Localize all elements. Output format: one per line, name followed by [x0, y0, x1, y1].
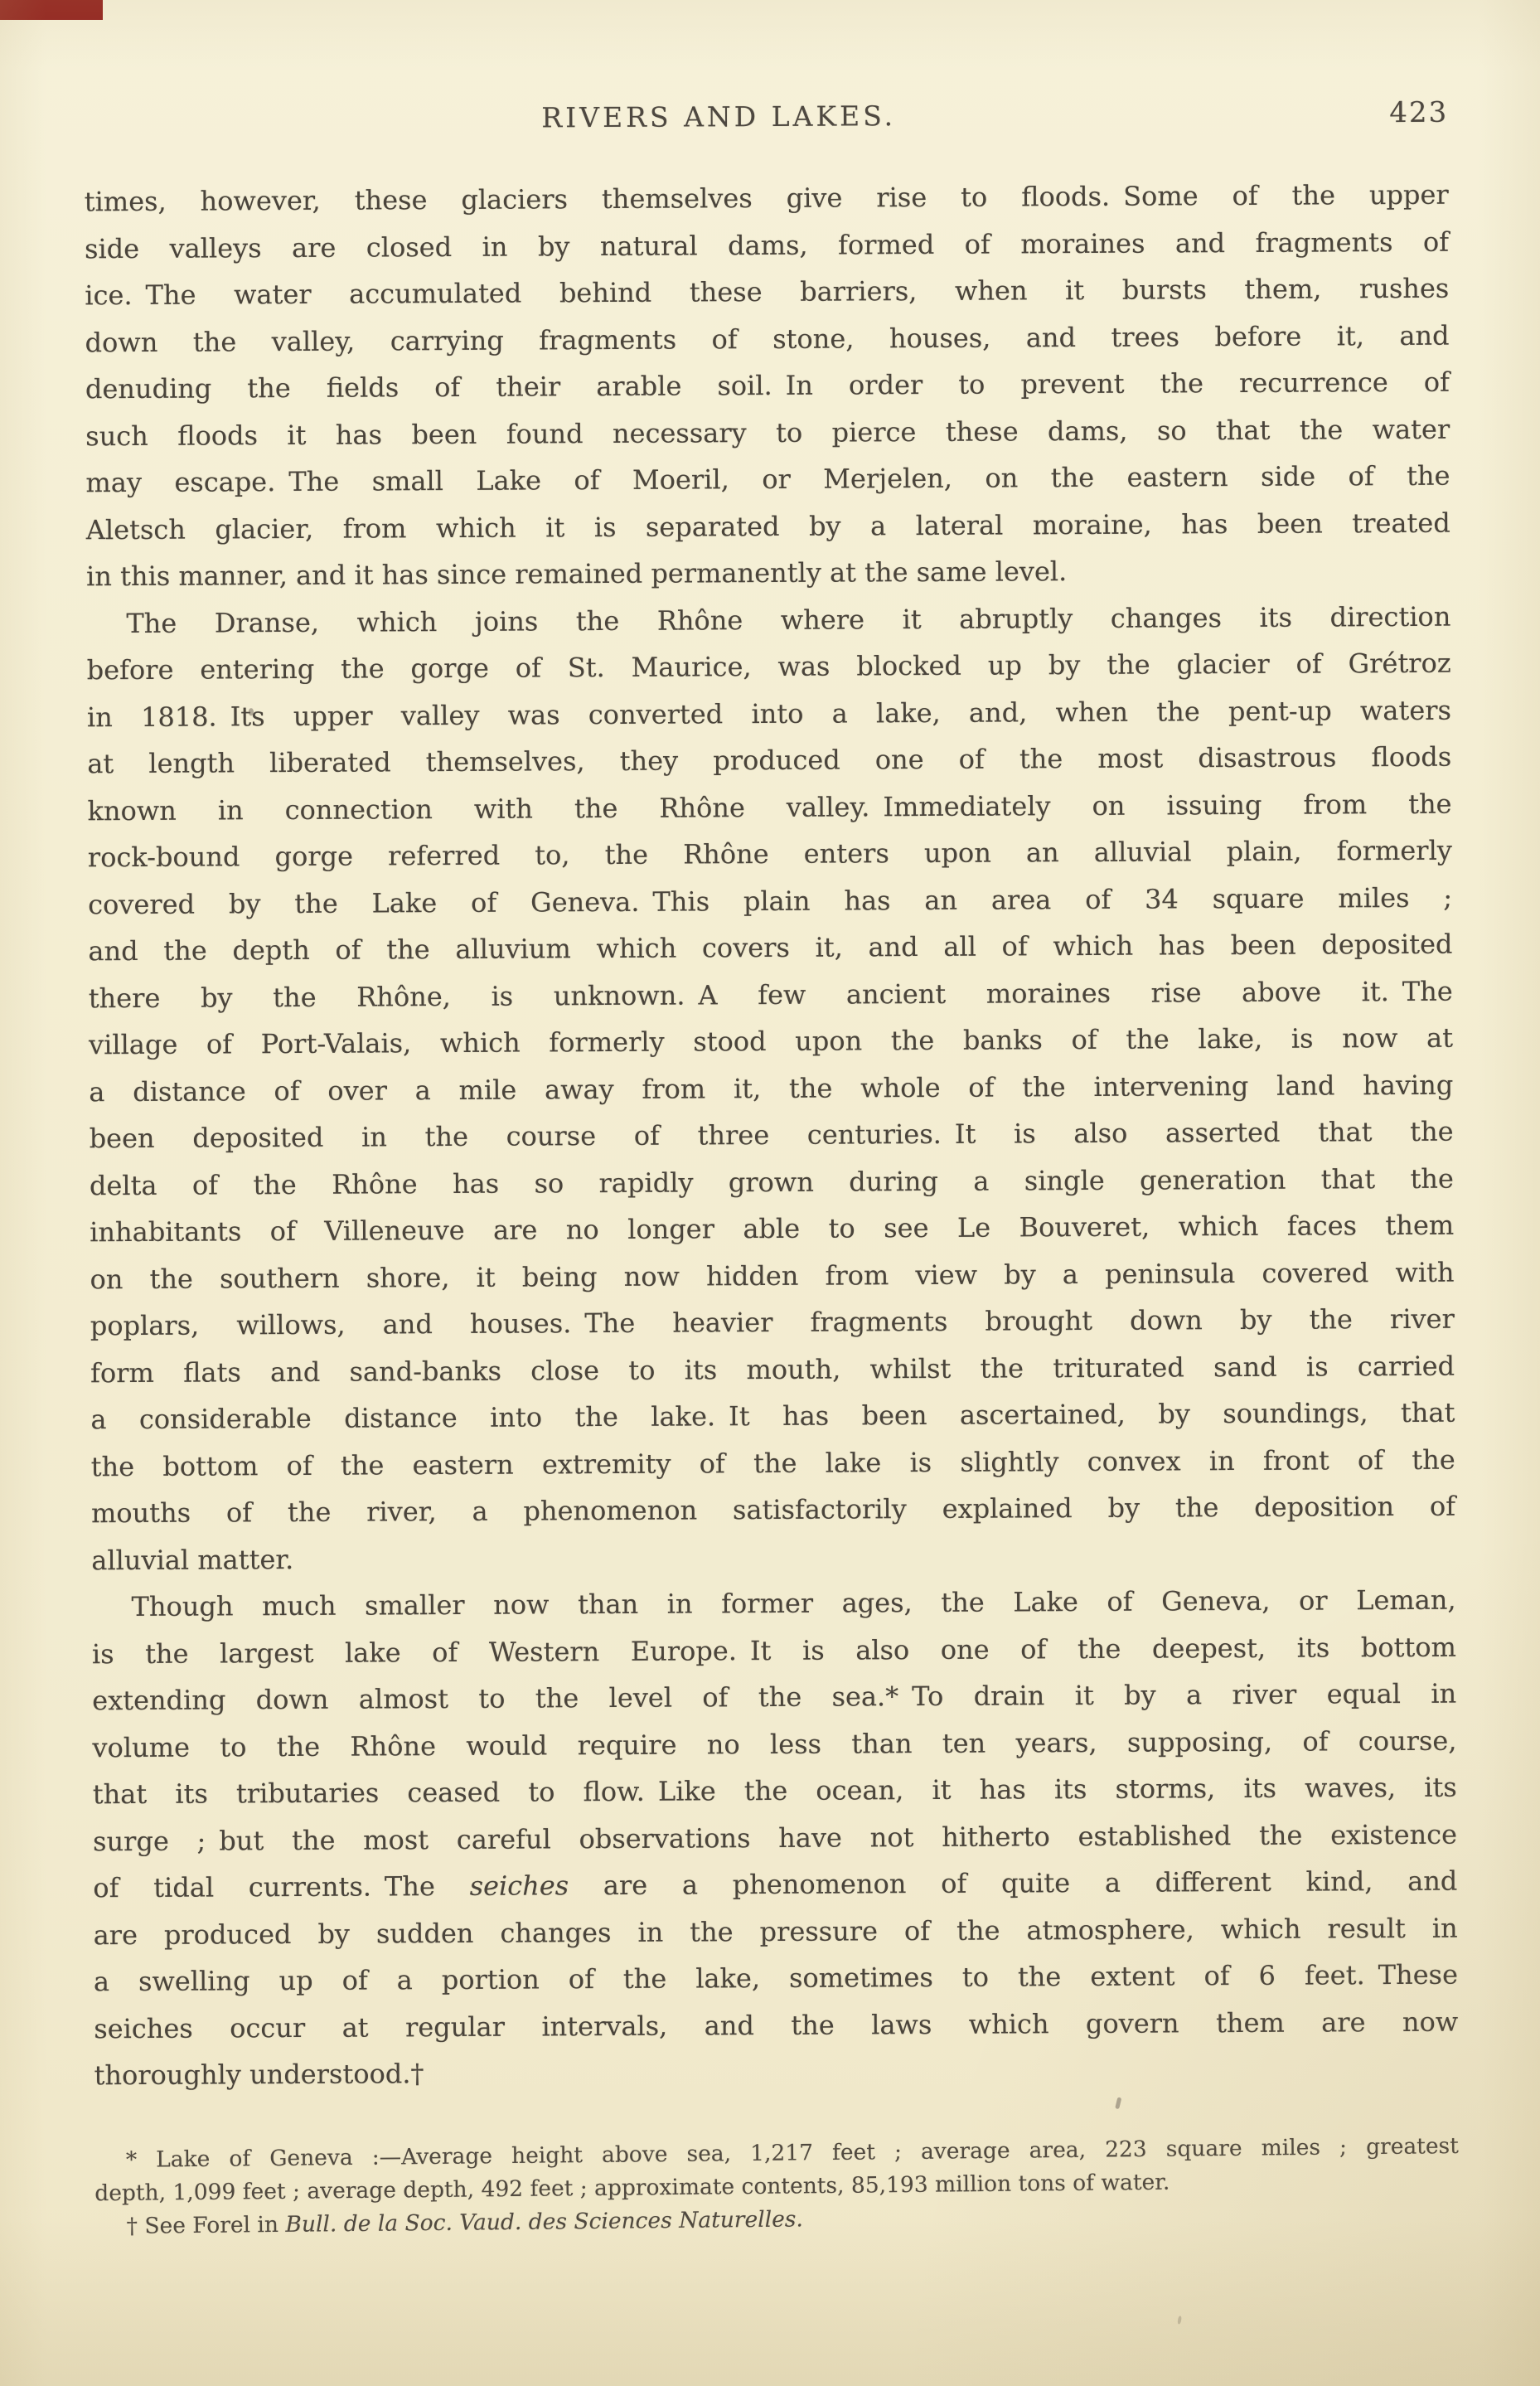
text-line: before entering the gorge of St. Maurice…: [87, 640, 1451, 694]
text-line: volume to the Rhône would require no les…: [92, 1717, 1456, 1771]
page-header: RIVERS AND LAKES. 423: [84, 97, 1448, 141]
text-line: extending down almost to the level of th…: [92, 1671, 1456, 1724]
text-line: of tidal currents. The seiches are a phe…: [93, 1858, 1457, 1912]
text-line: a considerable distance into the lake. I…: [90, 1389, 1455, 1443]
page-content: RIVERS AND LAKES. 423 times, however, th…: [0, 0, 1540, 2386]
text-line: down the valley, carrying fragments of s…: [85, 312, 1449, 366]
book-page: RIVERS AND LAKES. 423 times, however, th…: [0, 0, 1540, 2386]
text-line: alluvial matter.: [91, 1530, 1455, 1583]
text-line: surge ; but the most careful observation…: [93, 1811, 1457, 1865]
text-line: village of Port-Valais, which formerly s…: [89, 1015, 1453, 1069]
text-line: inhabitants of Villeneuve are no longer …: [90, 1202, 1454, 1256]
text-line: denuding the fields of their arable soil…: [85, 359, 1450, 413]
text-line: on the southern shore, it being now hidd…: [90, 1249, 1454, 1302]
body-text: times, however, these glaciers themselve…: [85, 172, 1459, 2099]
text-line: seiches occur at regular intervals, and …: [94, 1998, 1458, 2052]
text-line: a swelling up of a portion of the lake, …: [94, 1952, 1458, 2005]
footnotes: * Lake of Geneva :—Average height above …: [94, 2130, 1460, 2243]
text-line: The Dranse, which joins the Rhône where …: [86, 593, 1450, 647]
text-line: Aletsch glacier, from which it is separa…: [86, 499, 1450, 553]
text-line: known in connection with the Rhône valle…: [87, 780, 1451, 834]
text-line: thoroughly understood.†: [94, 2045, 1458, 2099]
text-line: and the depth of the alluvium which cove…: [88, 921, 1452, 975]
text-line: there by the Rhône, is unknown. A few an…: [89, 967, 1453, 1021]
text-line: rock-bound gorge referred to, the Rhône …: [88, 827, 1452, 881]
text-line: been deposited in the course of three ce…: [89, 1108, 1453, 1162]
text-line: may escape. The small Lake of Moeril, or…: [85, 453, 1450, 507]
text-line: are produced by sudden changes in the pr…: [94, 1904, 1458, 1958]
text-line: in this manner, and it has since remaine…: [86, 546, 1450, 600]
page-number: 423: [1389, 96, 1448, 129]
text-block: RIVERS AND LAKES. 423 times, however, th…: [83, 0, 1460, 2386]
text-line: form flats and sand-banks close to its m…: [90, 1342, 1455, 1396]
text-line: side valleys are closed in by natural da…: [85, 218, 1449, 272]
text-line: in 1818. Its upper valley was converted …: [87, 686, 1451, 740]
text-line: poplars, willows, and houses. The heavie…: [90, 1296, 1455, 1350]
text-line: such floods it has been found necessary …: [85, 405, 1450, 459]
text-line: the bottom of the eastern extremity of t…: [91, 1436, 1455, 1490]
text-line: ice. The water accumulated behind these …: [85, 265, 1449, 319]
text-line: times, however, these glaciers themselve…: [85, 172, 1449, 226]
running-title: RIVERS AND LAKES.: [84, 97, 1354, 136]
text-line: a distance of over a mile away from it, …: [89, 1061, 1453, 1115]
text-line: is the largest lake of Western Europe. I…: [92, 1623, 1456, 1677]
text-line: covered by the Lake of Geneva. This plai…: [88, 874, 1452, 928]
text-line: mouths of the river, a phenomenon satisf…: [91, 1483, 1455, 1537]
text-line: that its tributaries ceased to flow. Lik…: [93, 1764, 1457, 1818]
text-line: Though much smaller now than in former a…: [91, 1577, 1455, 1631]
text-line: at length liberated themselves, they pro…: [87, 734, 1451, 788]
text-line: delta of the Rhône has so rapidly grown …: [90, 1155, 1454, 1209]
